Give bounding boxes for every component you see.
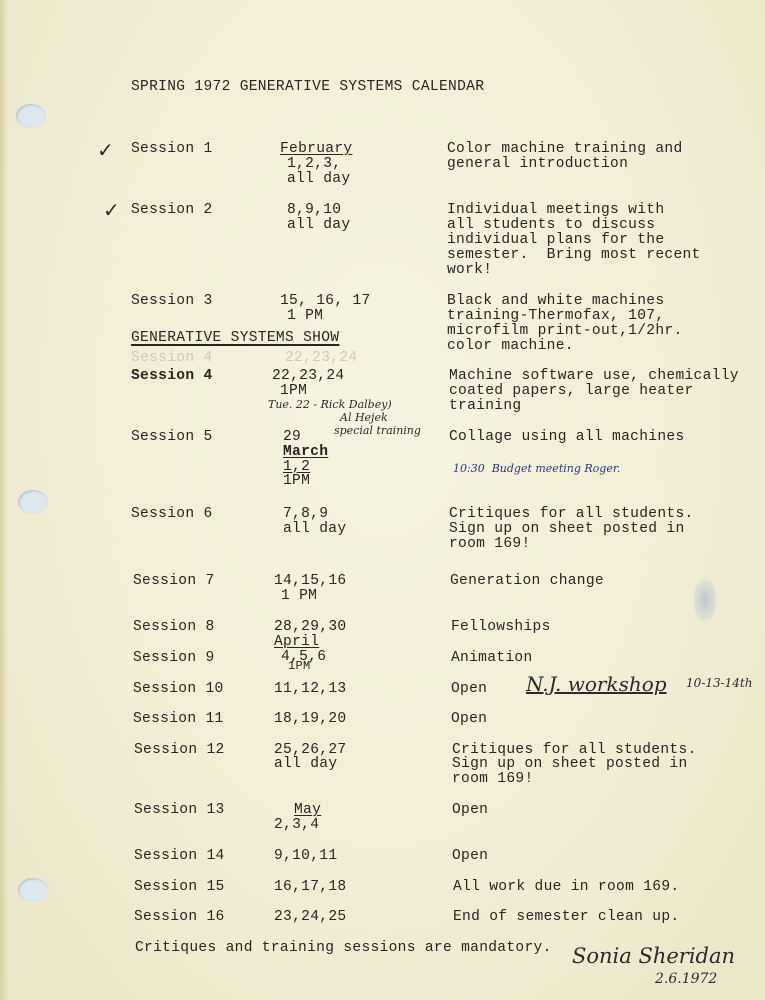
session-label: Session 12	[134, 743, 225, 758]
session-dates: 9,10,11	[274, 849, 337, 864]
document-title: SPRING 1972 GENERATIVE SYSTEMS CALENDAR	[131, 80, 484, 95]
session-description: color machine.	[447, 339, 574, 354]
signature-date: 2.6.1972	[655, 971, 717, 987]
session-time: 1PM	[283, 474, 310, 489]
session-label: Session 5	[131, 430, 213, 445]
session-time: all day	[287, 218, 350, 233]
session-label: Session 15	[134, 880, 225, 895]
session-label: Session 2	[131, 203, 213, 218]
session-dates: 14,15,16	[274, 574, 346, 589]
session-description: Fellowships	[451, 620, 551, 635]
session-label: Session 3	[131, 294, 213, 309]
checkmark-icon: ✓	[97, 138, 114, 162]
session-description: Animation	[451, 651, 533, 666]
session-description: all students to discuss	[447, 218, 655, 233]
session-description: Machine software use, chemically	[449, 369, 739, 384]
session-month: February	[280, 142, 352, 157]
session-dates: 29	[283, 430, 301, 445]
handwritten-note-workshop-date: 10-13-14th	[686, 676, 752, 690]
session-label: Session 9	[133, 651, 215, 666]
session-description: Sign up on sheet posted in	[449, 522, 685, 537]
session-dates: 7,8,9	[283, 507, 328, 522]
checkmark-icon: ✓	[103, 198, 120, 222]
session-dates: 15, 16, 17	[280, 294, 371, 309]
session-label: Session 1	[131, 142, 213, 157]
session-label: Session 4	[131, 369, 213, 384]
punch-hole-bottom	[18, 878, 48, 902]
faded-typed-line: Session 4 22,23,24	[131, 351, 357, 366]
session-description: End of semester clean up.	[453, 910, 679, 925]
session-dates: 8,9,10	[287, 203, 341, 218]
session-description: work!	[447, 263, 492, 278]
session-description: individual plans for the	[447, 233, 664, 248]
punch-hole-top	[16, 104, 46, 128]
session-description: Collage using all machines	[449, 430, 685, 445]
session-time: 1 PM	[281, 589, 317, 604]
session-month: March	[283, 445, 328, 460]
session-month: April	[274, 635, 319, 650]
session-description: Individual meetings with	[447, 203, 664, 218]
session-label: Session 11	[133, 712, 224, 727]
session-description: Color machine training and	[447, 142, 683, 157]
handwritten-note-session4: special training	[334, 424, 421, 437]
session-dates: 18,19,20	[274, 712, 346, 727]
session-description: semester. Bring most recent	[447, 248, 701, 263]
session-time: 1 PM	[287, 309, 323, 324]
handwritten-note-session4: Tue. 22 - Rick Dalbey)	[268, 398, 392, 411]
session-description: Critiques for all students.	[449, 507, 694, 522]
session-description: general introduction	[447, 157, 628, 172]
session-description: microfilm print-out,1/2hr.	[447, 324, 683, 339]
session-dates: 28,29,30	[274, 620, 346, 635]
session-description: All work due in room 169.	[453, 880, 679, 895]
session-label: Session 6	[131, 507, 213, 522]
signature: Sonia Sheridan	[572, 944, 735, 968]
session-dates: 11,12,13	[274, 682, 346, 697]
session-dates: 2,3,4	[274, 818, 319, 833]
session-description: coated papers, large heater	[449, 384, 694, 399]
session-time: 1PM	[280, 384, 307, 399]
footer-note: Critiques and training sessions are mand…	[135, 941, 552, 956]
session-description: Open	[451, 682, 487, 697]
session-description: Black and white machines	[447, 294, 664, 309]
handwritten-note-budget: 10:30 Budget meeting Roger.	[453, 462, 620, 475]
paper-edge	[0, 0, 8, 1000]
show-heading: GENERATIVE SYSTEMS SHOW	[131, 331, 339, 346]
session-description: training	[449, 399, 521, 414]
session-label: Session 13	[134, 803, 225, 818]
session-time: all day	[283, 522, 346, 537]
document-page: SPRING 1972 GENERATIVE SYSTEMS CALENDAR …	[0, 0, 765, 1000]
session-dates: 1,2,3,	[287, 157, 341, 172]
session-dates: 16,17,18	[274, 880, 346, 895]
session-time: all day	[274, 757, 337, 772]
session-label: Session 8	[133, 620, 215, 635]
session-dates: 22,23,24	[272, 369, 344, 384]
session-description: training-Thermofax, 107,	[447, 309, 664, 324]
session-time: 1PM	[288, 659, 311, 674]
session-description: Open	[452, 849, 488, 864]
ink-smudge	[694, 580, 716, 620]
session-description: Open	[452, 803, 488, 818]
session-time: all day	[287, 172, 350, 187]
session-description: Generation change	[450, 574, 604, 589]
session-label: Session 14	[134, 849, 225, 864]
session-description: room 169!	[452, 772, 534, 787]
session-description: Open	[451, 712, 487, 727]
session-description: Sign up on sheet posted in	[452, 757, 688, 772]
punch-hole-middle	[18, 490, 48, 514]
handwritten-note-session4: Al Hejek	[340, 411, 388, 424]
session-dates: 23,24,25	[274, 910, 346, 925]
handwritten-note-workshop: N.J. workshop	[526, 672, 667, 696]
session-label: Session 10	[133, 682, 224, 697]
session-label: Session 7	[133, 574, 215, 589]
session-label: Session 16	[134, 910, 225, 925]
session-description: room 169!	[449, 537, 531, 552]
session-month: May	[294, 803, 321, 818]
